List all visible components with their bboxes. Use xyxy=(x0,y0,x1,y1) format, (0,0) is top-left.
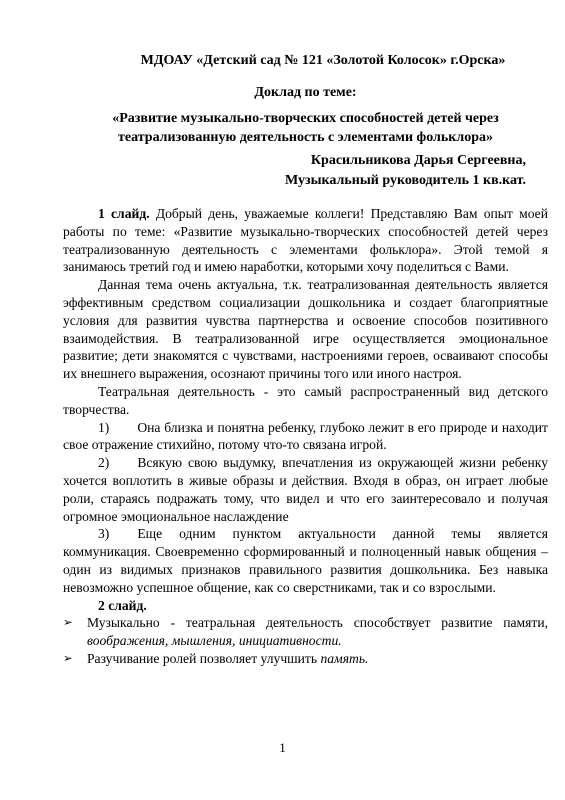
item-text: Она близка и понятна ребенку, глубоко ле… xyxy=(63,420,548,453)
numbered-item: 3)Еще одним пунктом актуальности данной … xyxy=(63,525,548,596)
item-text: Еще одним пунктом актуальности данной те… xyxy=(63,526,548,594)
organization-title: МДОАУ «Детский сад № 121 «Золотой Колосо… xyxy=(63,51,548,70)
numbered-item: 1)Она близка и понятна ребенку, глубоко … xyxy=(63,419,548,455)
report-label: Доклад по теме: xyxy=(63,83,548,102)
author-role: Музыкальный руководитель 1 кв.кат. xyxy=(63,171,526,191)
slide1-lead: 1 слайд. xyxy=(98,206,150,221)
arrow-bullet-icon: ➢ xyxy=(63,650,73,668)
bullet-list: ➢Музыкально - театральная деятельность с… xyxy=(63,614,548,668)
bullet-text: Музыкально - театральная деятельность сп… xyxy=(87,615,548,630)
paragraph-relevance: Данная тема очень актуальна, т.к. театра… xyxy=(63,276,548,383)
document-header: МДОАУ «Детский сад № 121 «Золотой Колосо… xyxy=(63,51,548,147)
author-block: Красильникова Дарья Сергеевна, Музыкальн… xyxy=(63,151,548,191)
list-item: ➢Разучивание ролей позволяет улучшить па… xyxy=(87,650,548,668)
bullet-text-italic: память. xyxy=(320,651,368,666)
paragraph-theatre: Театральная деятельность - это самый рас… xyxy=(63,383,548,419)
paragraph-slide1: 1 слайд. Добрый день, уважаемые коллеги!… xyxy=(63,205,548,276)
item-number: 2) xyxy=(98,455,109,470)
bullet-text: Разучивание ролей позволяет улучшить xyxy=(87,651,320,666)
report-title: «Развитие музыкально-творческих способно… xyxy=(63,109,548,147)
item-number: 1) xyxy=(98,420,109,435)
item-number: 3) xyxy=(98,526,109,541)
bullet-text-italic: воображения, мышления, инициативности. xyxy=(87,633,342,648)
arrow-bullet-icon: ➢ xyxy=(63,614,73,632)
list-item: ➢Музыкально - театральная деятельность с… xyxy=(87,614,548,650)
slide2-heading: 2 слайд. xyxy=(63,597,548,615)
numbered-item: 2)Всякую свою выдумку, впечатления из ок… xyxy=(63,454,548,525)
item-text: Всякую свою выдумку, впечатления из окру… xyxy=(63,455,548,523)
document-body: 1 слайд. Добрый день, уважаемые коллеги!… xyxy=(63,205,548,668)
document-page: МДОАУ «Детский сад № 121 «Золотой Колосо… xyxy=(0,0,565,800)
author-name: Красильникова Дарья Сергеевна, xyxy=(63,151,526,171)
page-number: 1 xyxy=(0,740,565,756)
